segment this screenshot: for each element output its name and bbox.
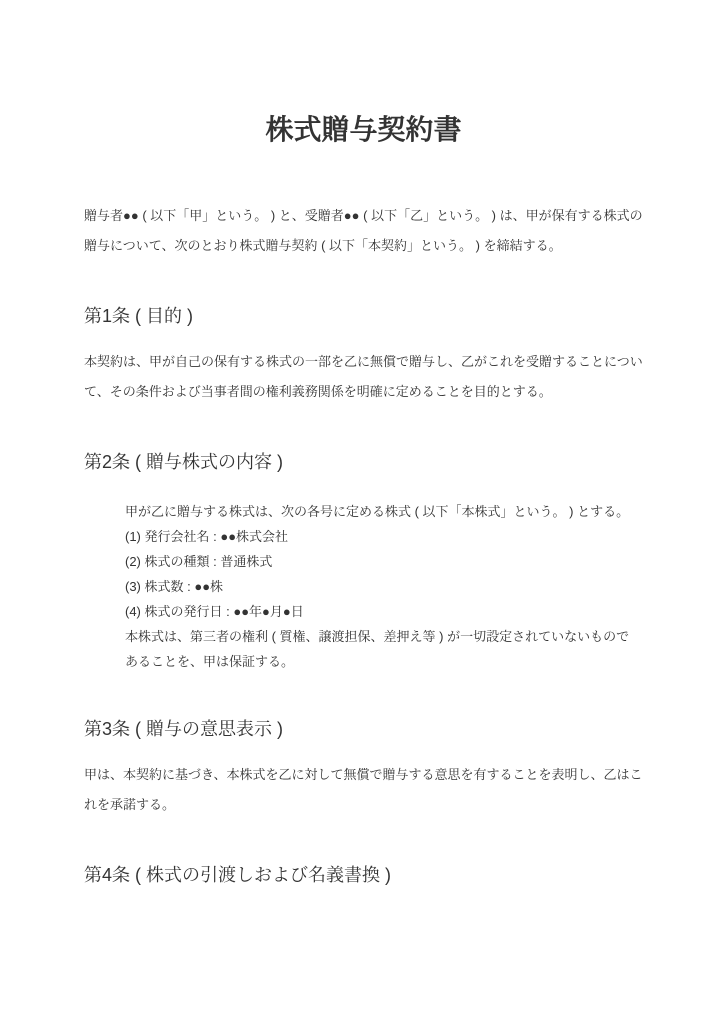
clause-4-section: 第4条 ( 株式の引渡しおよび名義書換 ) bbox=[84, 862, 643, 888]
clause-2-details: 甲が乙に贈与する株式は、次の各号に定める株式 ( 以下「本株式」という。 ) と… bbox=[84, 499, 643, 674]
clause-3-body: 甲は、本契約に基づき、本株式を乙に対して無償で贈与する意思を有することを表明し、… bbox=[84, 760, 643, 820]
clause-2-section: 第2条 ( 贈与株式の内容 ) 甲が乙に贈与する株式は、次の各号に定める株式 (… bbox=[84, 449, 643, 674]
clause-1-section: 第1条 ( 目的 ) 本契約は、甲が自己の保有する株式の一部を乙に無償で贈与し、… bbox=[84, 303, 643, 407]
clause-4-heading: 第4条 ( 株式の引渡しおよび名義書換 ) bbox=[84, 862, 643, 888]
clause-1-body: 本契約は、甲が自己の保有する株式の一部を乙に無償で贈与し、乙がこれを受贈すること… bbox=[84, 347, 643, 407]
clause-2-intro: 甲が乙に贈与する株式は、次の各号に定める株式 ( 以下「本株式」という。 ) と… bbox=[125, 499, 631, 524]
clause-2-warranty-note: 本株式は、第三者の権利 ( 質権、譲渡担保、差押え等 ) が一切設定されていない… bbox=[125, 624, 631, 674]
clause-2-heading: 第2条 ( 贈与株式の内容 ) bbox=[84, 449, 643, 475]
document-title: 株式贈与契約書 bbox=[84, 110, 643, 150]
preamble-paragraph: 贈与者●● ( 以下「甲」という。 ) と、受贈者●● ( 以下「乙」という。 … bbox=[84, 201, 643, 261]
contract-page: 株式贈与契約書 贈与者●● ( 以下「甲」という。 ) と、受贈者●● ( 以下… bbox=[0, 0, 724, 1024]
stock-item-count: (3) 株式数 : ●●株 bbox=[125, 574, 631, 599]
stock-item-issue-date: (4) 株式の発行日 : ●●年●月●日 bbox=[125, 599, 631, 624]
clause-3-section: 第3条 ( 贈与の意思表示 ) 甲は、本契約に基づき、本株式を乙に対して無償で贈… bbox=[84, 716, 643, 820]
stock-item-issuer: (1) 発行会社名 : ●●株式会社 bbox=[125, 524, 631, 549]
stock-item-class: (2) 株式の種類 : 普通株式 bbox=[125, 549, 631, 574]
clause-3-heading: 第3条 ( 贈与の意思表示 ) bbox=[84, 716, 643, 742]
clause-1-heading: 第1条 ( 目的 ) bbox=[84, 303, 643, 329]
